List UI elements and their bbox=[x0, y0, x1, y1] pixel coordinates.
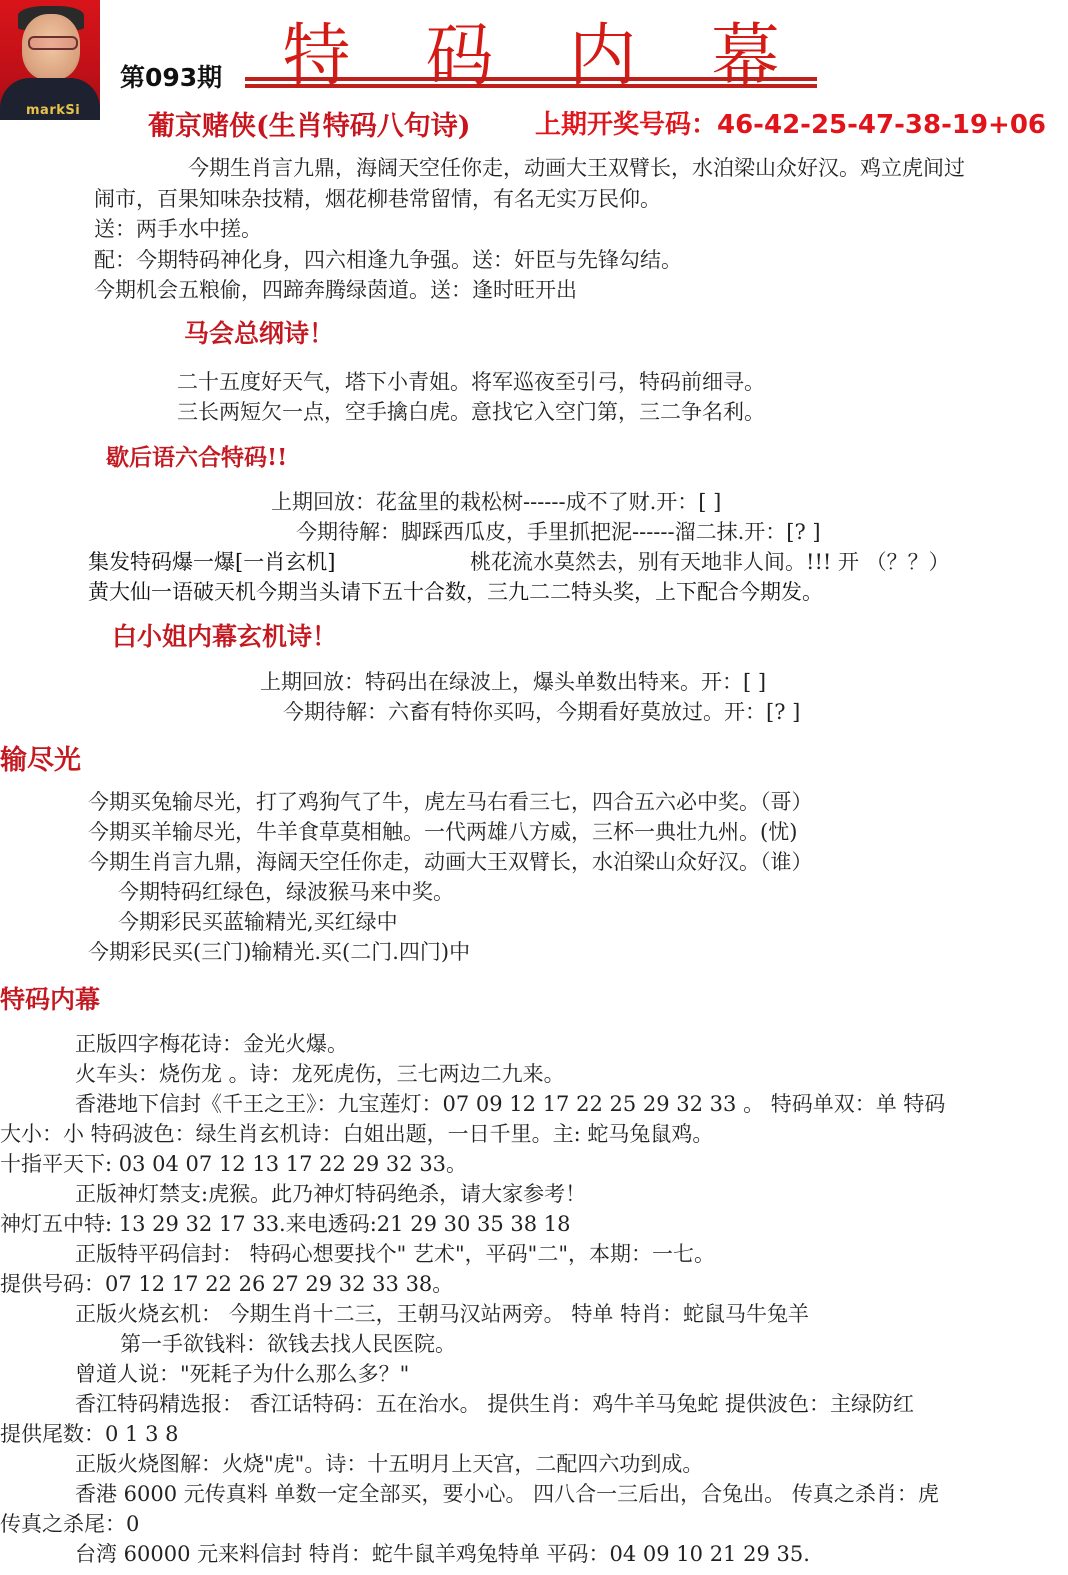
shujinguang-line: 今期买羊输尽光，牛羊食草莫相触。一代两雄八方威，三杯一典壮九州。(忧) bbox=[88, 816, 797, 846]
temaneimu-line: 正版四字梅花诗：金光火爆。 bbox=[75, 1028, 348, 1058]
last-draw-numbers: 上期开奖号码：46-42-25-47-38-19+06 bbox=[535, 104, 1046, 141]
shujinguang-line: 今期彩民买(三门)输精光.买(二门.四门)中 bbox=[88, 936, 470, 966]
mahui-line: 二十五度好天气，塔下小青姐。将军巡夜至引弓，特码前细寻。 bbox=[177, 366, 765, 396]
poem-line: 闹市，百果知味杂技精，烟花柳巷常留情，有名无实万民仰。 bbox=[94, 183, 661, 213]
section-heading-shujinguang: 输尽光 bbox=[0, 738, 81, 777]
section-heading-temaneimu: 特码内幕 bbox=[0, 980, 100, 1016]
jifa-title: 集发特码爆一爆[一肖玄机] bbox=[88, 546, 335, 576]
temaneimu-line: 火车头：烧伤龙 。诗：龙死虎伤，三七两边二九来。 bbox=[75, 1058, 565, 1088]
xiehouyu-line: 上期回放：花盆里的栽松树------成不了财.开：[ ] bbox=[271, 486, 721, 516]
title-underline-top bbox=[245, 77, 817, 81]
shujinguang-line: 今期彩民买蓝输精光,买红绿中 bbox=[118, 906, 398, 936]
poem-line: 今期生肖言九鼎，海阔天空任你走，动画大王双臂长，水泊梁山众好汉。鸡立虎间过 bbox=[188, 152, 965, 182]
temaneimu-line: 大小：小 特码波色：绿生肖玄机诗：白姐出题，一日千里。主: 蛇马兔鼠鸡。 bbox=[0, 1118, 713, 1148]
baixiaojie-line: 上期回放：特码出在绿波上，爆头单数出特来。开：[ ] bbox=[260, 666, 766, 696]
xiehouyu-line: 今期待解：脚踩西瓜皮，手里抓把泥------溜二抹.开：[? ] bbox=[296, 516, 821, 546]
poem-line: 配：今期特码神化身，四六相逢九争强。送：奸臣与先锋勾结。 bbox=[94, 244, 682, 274]
issue-number: 第093期 bbox=[120, 58, 222, 94]
shujinguang-line: 今期买兔输尽光，打了鸡狗气了牛，虎左马右看三七，四合五六必中奖。（哥） bbox=[88, 786, 813, 816]
poem-line: 送：两手水中搓。 bbox=[94, 213, 262, 243]
temaneimu-line: 提供号码：07 12 17 22 26 27 29 32 33 38。 bbox=[0, 1268, 453, 1298]
subtitle-poem: 葡京赌侠(生肖特码八句诗) bbox=[148, 104, 471, 143]
temaneimu-line: 曾道人说："死耗子为什么那么多？" bbox=[75, 1358, 409, 1388]
mahui-line: 三长两短欠一点，空手擒白虎。意找它入空门第，三二争名利。 bbox=[177, 396, 765, 426]
section-heading-xiehouyu: 歇后语六合特码!! bbox=[106, 439, 287, 472]
temaneimu-line: 十指平天下: 03 04 07 12 13 17 22 29 32 33。 bbox=[0, 1148, 467, 1178]
poem-line: 今期机会五粮偷，四蹄奔腾绿茵道。送：逢时旺开出 bbox=[94, 274, 577, 304]
title-underline-bottom bbox=[245, 84, 817, 88]
shujinguang-line: 今期生肖言九鼎，海阔天空任你走，动画大王双臂长，水泊梁山众好汉。（谁） bbox=[88, 846, 813, 876]
huangdaxian-line: 黄大仙一语破天机今期当头请下五十合数，三九二二特头奖，上下配合今期发。 bbox=[88, 576, 823, 606]
temaneimu-line: 第一手欲钱料：欲钱去找人民医院。 bbox=[120, 1328, 456, 1358]
temaneimu-line: 香江特码精选报： 香江话特码：五在治水。 提供生肖：鸡牛羊马兔蛇 提供波色：主绿… bbox=[75, 1388, 914, 1418]
temaneimu-line: 神灯五中特: 13 29 32 17 33.来电透码:21 29 30 35 3… bbox=[0, 1208, 571, 1238]
temaneimu-line: 台湾 60000 元来料信封 特肖：蛇牛鼠羊鸡兔特单 平码：04 09 10 2… bbox=[75, 1538, 810, 1568]
avatar-watermark: markSi bbox=[26, 103, 80, 118]
temaneimu-line: 香港地下信封《千王之王》：九宝莲灯：07 09 12 17 22 25 29 3… bbox=[75, 1088, 945, 1118]
temaneimu-line: 传真之杀尾：0 bbox=[0, 1508, 139, 1538]
temaneimu-line: 正版火烧图解：火烧"虎"。诗：十五明月上天宫，二配四六功到成。 bbox=[75, 1448, 703, 1478]
page-title: 特 码 内 幕 bbox=[245, 0, 817, 95]
temaneimu-line: 正版神灯禁支:虎猴。此乃神灯特码绝杀，请大家参考！ bbox=[75, 1178, 586, 1208]
temaneimu-line: 提供尾数：0 1 3 8 bbox=[0, 1418, 178, 1448]
temaneimu-line: 正版特平码信封： 特码心想要找个" 艺术"，平码"二"，本期：一七。 bbox=[75, 1238, 715, 1268]
avatar-glasses bbox=[28, 36, 78, 50]
avatar: markSi bbox=[0, 0, 100, 120]
baixiaojie-line: 今期待解：六畜有特你买吗，今期看好莫放过。开：[? ] bbox=[283, 696, 800, 726]
temaneimu-line: 正版火烧玄机： 今期生肖十二三，王朝马汉站两旁。 特单 特肖：蛇鼠马牛兔羊 bbox=[75, 1298, 809, 1328]
section-heading-mahui: 马会总纲诗！ bbox=[184, 314, 334, 350]
section-heading-baixiaojie: 白小姐内幕玄机诗！ bbox=[112, 617, 337, 653]
shujinguang-line: 今期特码红绿色，绿波猴马来中奖。 bbox=[118, 876, 454, 906]
jifa-poem: 桃花流水莫然去，别有天地非人间。!!! 开 （？？） bbox=[470, 546, 950, 576]
temaneimu-line: 香港 6000 元传真料 单数一定全部买，要小心。 四八合一三后出，合兔出。 传… bbox=[75, 1478, 939, 1508]
